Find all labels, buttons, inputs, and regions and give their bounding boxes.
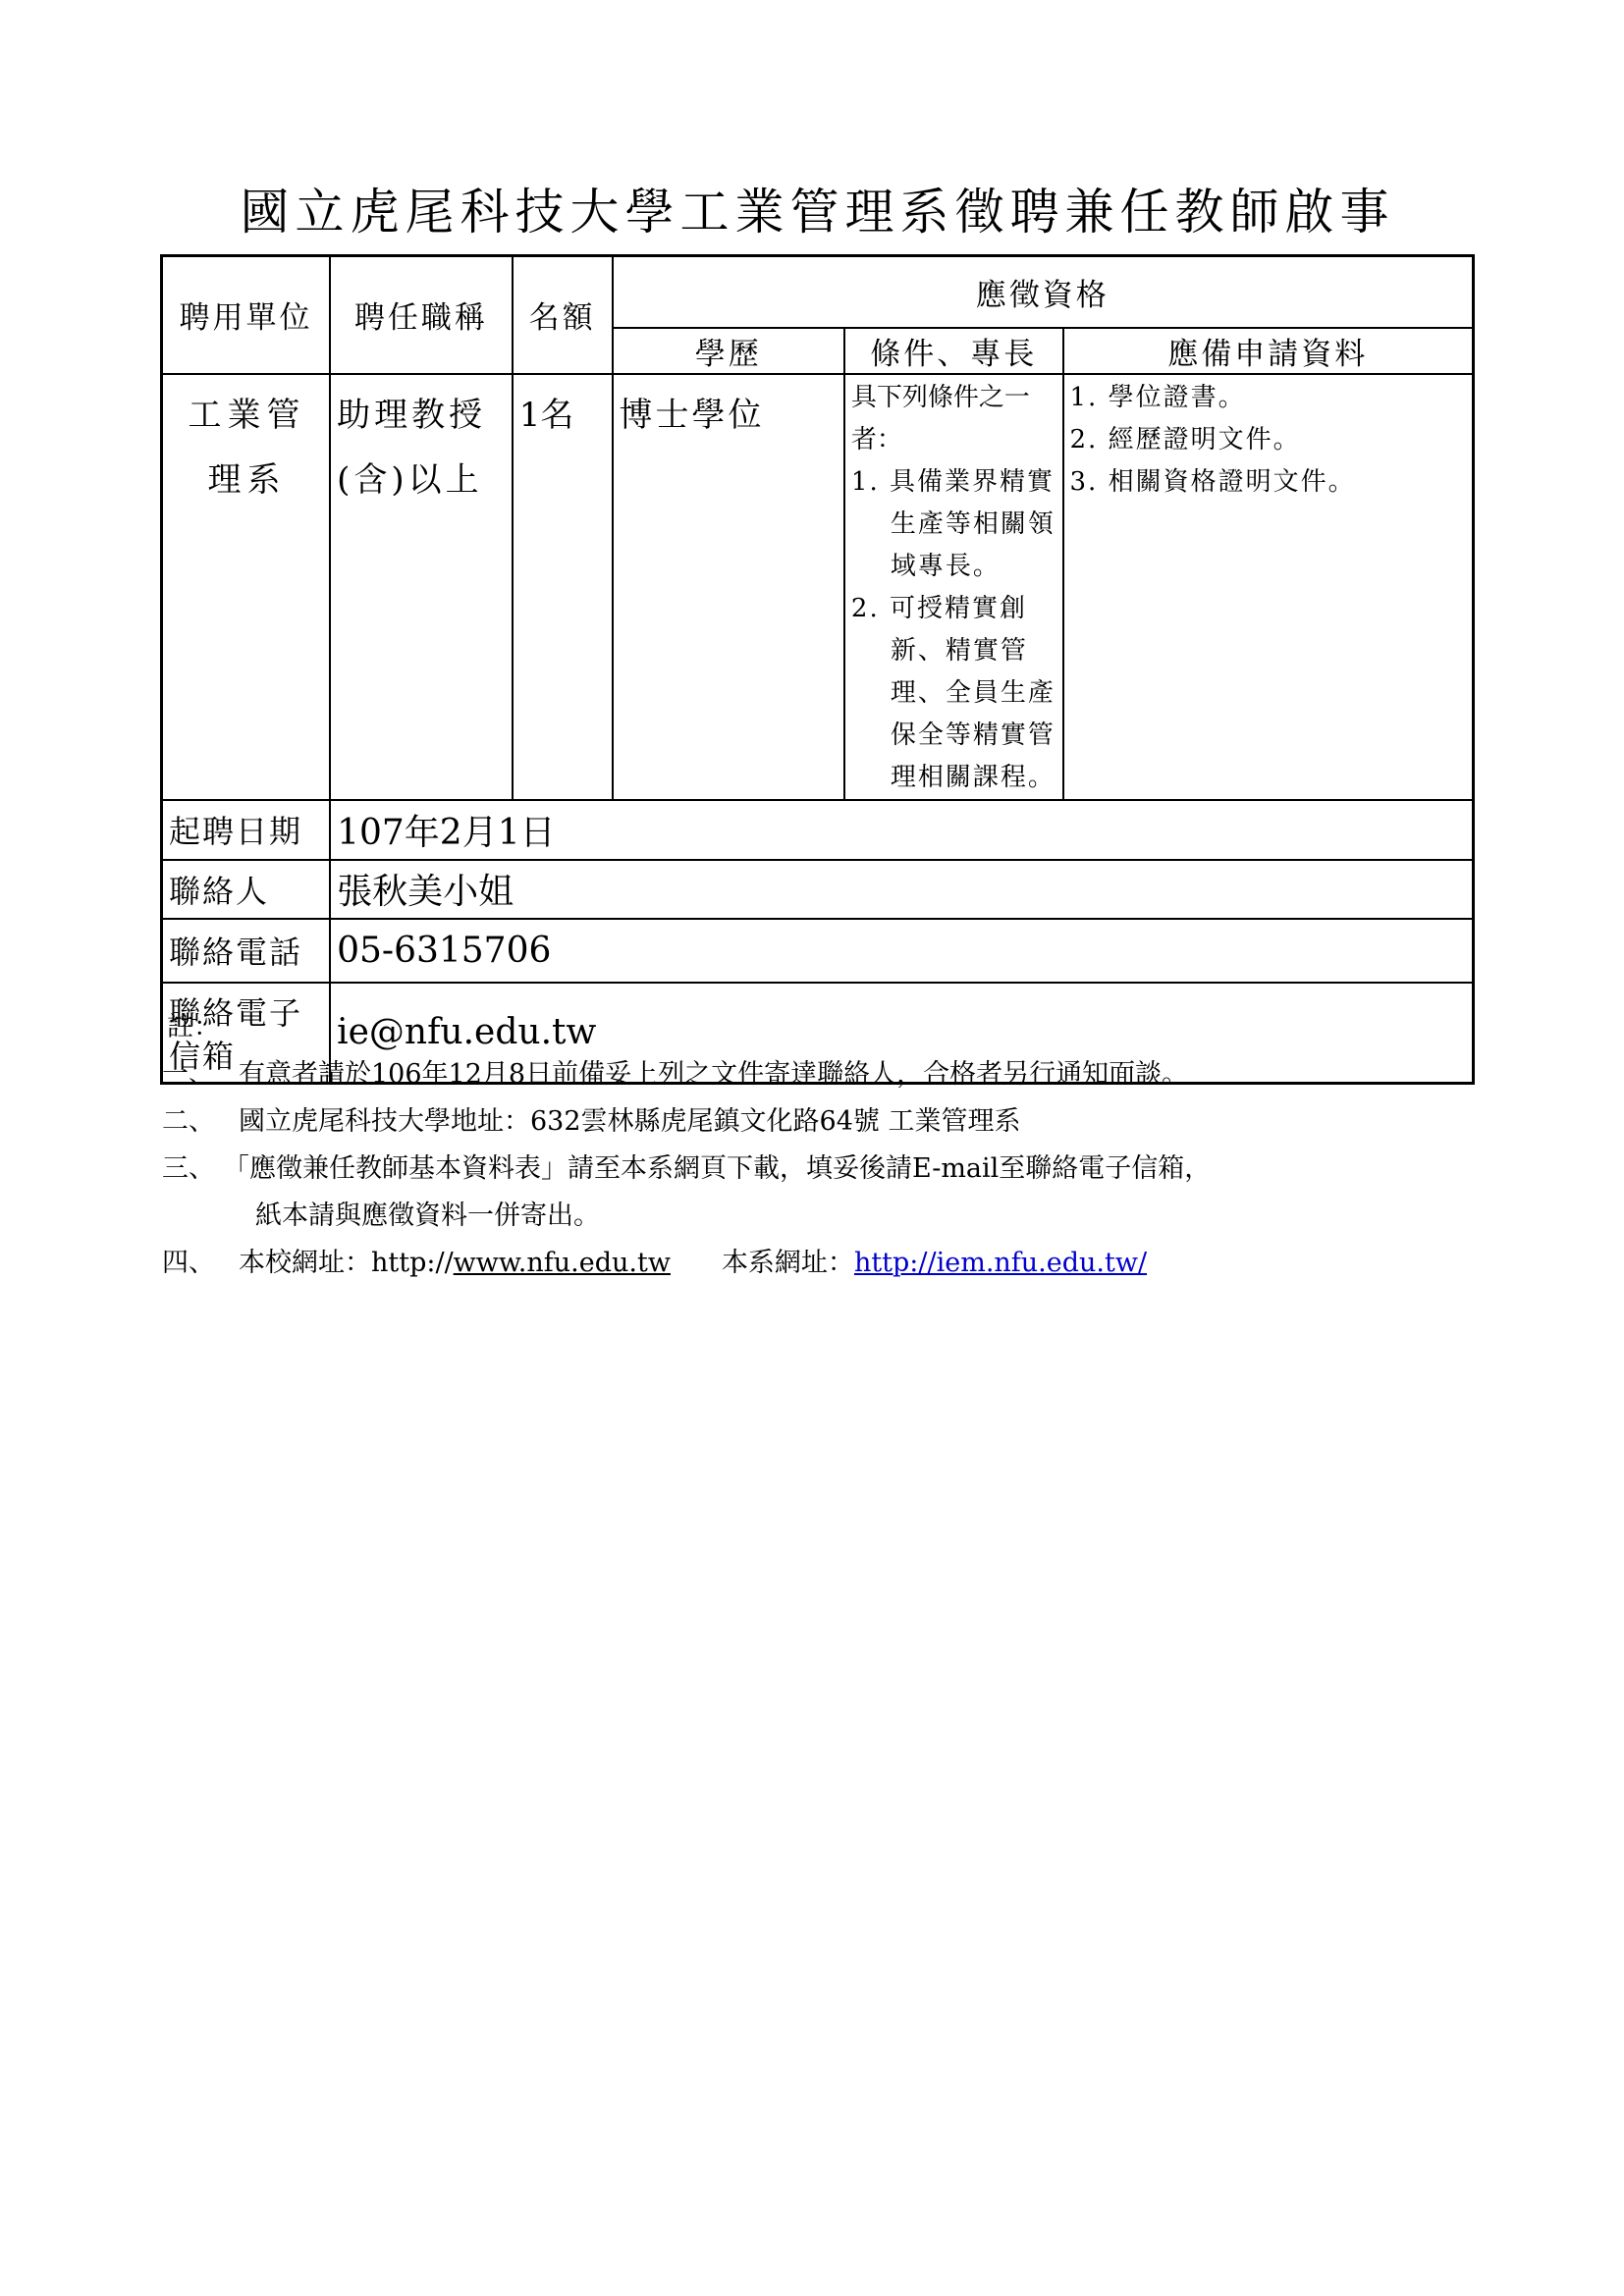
cell-education: 博士學位 (613, 374, 844, 800)
dept-url-label: 本系網址： (722, 1248, 854, 1278)
recruitment-table: 聘用單位 聘任職稱 名額 應徵資格 學歷 條件、專長 應備申請資料 工業管理系 … (160, 254, 1475, 1085)
note-number: 四、 (162, 1240, 239, 1287)
contact-person-value: 張秋美小姐 (330, 860, 1473, 919)
requirements-intro: 具下列條件之一者： (851, 377, 1058, 461)
contact-person-label: 聯絡人 (162, 860, 331, 919)
cell-position: 助理教授(含)以上 (330, 374, 513, 800)
page-title: 國立虎尾科技大學工業管理系徵聘兼任教師啟事 (160, 173, 1475, 243)
list-item: 2. 可授精實創新、精實管理、全員生產保全等精實管理相關課程。 (851, 588, 1058, 799)
header-documents: 應備申請資料 (1063, 328, 1474, 374)
note-item: 四、本校網址：http://www.nfu.edu.tw本系網址：http://… (162, 1240, 1211, 1287)
start-date-value: 107年2月1日 (330, 800, 1473, 860)
note-item: 二、國立虎尾科技大學地址：632雲林縣虎尾鎮文化路64號 工業管理系 (162, 1098, 1211, 1146)
cell-quota: 1名 (513, 374, 613, 800)
table-row: 聯絡電話 05-6315706 (162, 919, 1474, 983)
note-text: 有意者請於106年12月8日前備妥上列之文件寄達聯絡人，合格者另行通知面談。 (239, 1059, 1188, 1090)
header-requirements: 條件、專長 (844, 328, 1063, 374)
list-item: 2. 經歷證明文件。 (1070, 419, 1468, 461)
list-item: 3. 相關資格證明文件。 (1070, 461, 1468, 504)
header-unit: 聘用單位 (162, 256, 331, 374)
contact-phone-label: 聯絡電話 (162, 919, 331, 983)
cell-documents: 1. 學位證書。 2. 經歷證明文件。 3. 相關資格證明文件。 (1063, 374, 1474, 800)
note-number: 一、 (162, 1051, 239, 1098)
note-number: 三、 (162, 1146, 223, 1193)
table-row: 聯絡人 張秋美小姐 (162, 860, 1474, 919)
note-number: 二、 (162, 1098, 239, 1146)
list-item: 1. 學位證書。 (1070, 377, 1468, 419)
requirements-list: 1. 具備業界精實生產等相關領域專長。 2. 可授精實創新、精實管理、全員生產保… (851, 461, 1058, 799)
school-url-link[interactable]: www.nfu.edu.tw (454, 1248, 671, 1278)
table-row: 起聘日期 107年2月1日 (162, 800, 1474, 860)
note-continuation: 紙本請與應徵資料一併寄出。 (162, 1193, 1211, 1240)
note-text: 「應徵兼任教師基本資料表」請至本系網頁下載，填妥後請E-mail至聯絡電子信箱， (223, 1153, 1211, 1184)
header-qualifications: 應徵資格 (613, 256, 1474, 328)
header-position: 聘任職稱 (330, 256, 513, 374)
header-education: 學歷 (613, 328, 844, 374)
note-text: 國立虎尾科技大學地址：632雲林縣虎尾鎮文化路64號 工業管理系 (239, 1106, 1020, 1137)
notes-heading: 註： (162, 1004, 1211, 1051)
note-item: 三、「應徵兼任教師基本資料表」請至本系網頁下載，填妥後請E-mail至聯絡電子信… (162, 1146, 1211, 1193)
school-url-label: 本校網址：http:// (239, 1248, 454, 1278)
note-item: 一、有意者請於106年12月8日前備妥上列之文件寄達聯絡人，合格者另行通知面談。 (162, 1051, 1211, 1098)
list-item: 1. 具備業界精實生產等相關領域專長。 (851, 461, 1058, 588)
cell-requirements: 具下列條件之一者： 1. 具備業界精實生產等相關領域專長。 2. 可授精實創新、… (844, 374, 1063, 800)
start-date-label: 起聘日期 (162, 800, 331, 860)
dept-url-link[interactable]: http://iem.nfu.edu.tw/ (854, 1248, 1147, 1278)
notes-section: 註： 一、有意者請於106年12月8日前備妥上列之文件寄達聯絡人，合格者另行通知… (162, 1004, 1211, 1287)
header-quota: 名額 (513, 256, 613, 374)
cell-unit: 工業管理系 (162, 374, 331, 800)
contact-phone-value: 05-6315706 (330, 919, 1473, 983)
documents-list: 1. 學位證書。 2. 經歷證明文件。 3. 相關資格證明文件。 (1070, 377, 1468, 504)
